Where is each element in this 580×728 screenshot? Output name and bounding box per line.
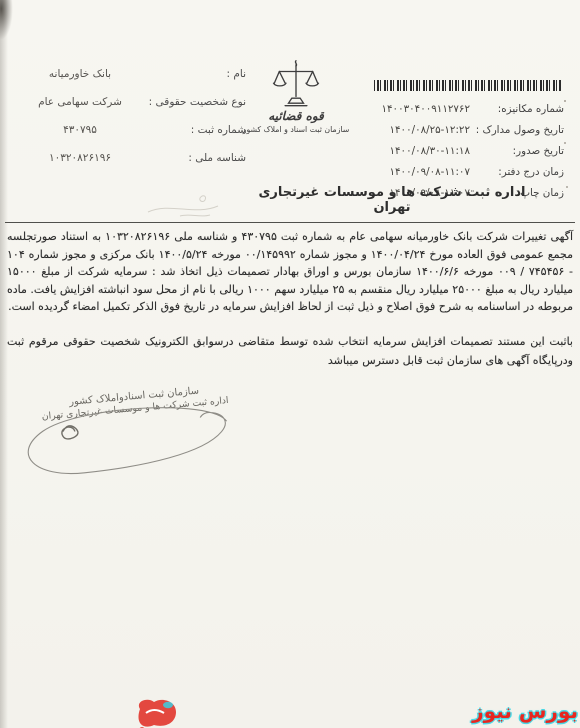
company-field-row: نام : بانک خاورمیانه xyxy=(20,60,246,88)
pencil-smudge xyxy=(140,192,250,220)
document-title: اداره ثبت شرکت ها و موسسات غیرتجاری تهرا… xyxy=(242,185,542,215)
field-label: تاریخ وصول مدارک : xyxy=(470,124,564,136)
title-divider xyxy=(5,222,575,223)
scan-corner-smudge xyxy=(0,0,13,40)
registrar-stamp: سازمان ثبت اسنادواملاک کشور اداره ثبت شر… xyxy=(8,380,268,502)
field-label: نوع شخصیت حقوقی : xyxy=(140,96,246,108)
field-value: ۴۳۰۷۹۵ xyxy=(20,124,140,136)
field-value: ۱۰۳۲۰۸۲۶۱۹۶ xyxy=(20,152,140,164)
emblem-subtitle: سازمان ثبت اسناد و املاک کشور xyxy=(238,125,354,134)
registry-field-row: زمان درج دفتر: ۱۴۰۰/۰۹/۰۸-۱۱:۰۷ xyxy=(350,161,564,182)
bourse-news-logo-icon xyxy=(132,697,180,728)
barcode xyxy=(374,80,562,91)
registry-field-row: تاریخ صدور: ۱۴۰۰/۰۸/۳۰-۱۱:۱۸ xyxy=(350,140,564,161)
justice-scales-icon xyxy=(271,56,321,112)
field-value: ۱۴۰۰۳۰۴۰۰۹۱۱۲۷۶۲ xyxy=(350,103,470,115)
field-label: شناسه ملی : xyxy=(140,152,246,164)
judiciary-emblem: قوه قضائیه سازمان ثبت اسناد و املاک کشور xyxy=(238,56,354,134)
scanned-document-page: نام : بانک خاورمیانه نوع شخصیت حقوقی : ش… xyxy=(0,0,580,728)
field-label: شماره مکانیزه: xyxy=(470,103,564,115)
field-label: شماره ثبت : xyxy=(140,124,246,136)
company-field-row: شناسه ملی : ۱۰۳۲۰۸۲۶۱۹۶ xyxy=(20,144,246,172)
company-field-row: نوع شخصیت حقوقی : شرکت سهامی عام xyxy=(20,88,246,116)
company-info-table: نام : بانک خاورمیانه نوع شخصیت حقوقی : ش… xyxy=(20,60,246,172)
registry-field-row: شماره مکانیزه: ۱۴۰۰۳۰۴۰۰۹۱۱۲۷۶۲ xyxy=(350,98,564,119)
bourse-news-watermark: بورس نیوز xyxy=(472,699,578,723)
announcement-paragraph: آگهی تغییرات شرکت بانک خاورمیانه سهامی ع… xyxy=(7,228,573,316)
company-field-row: شماره ثبت : ۴۳۰۷۹۵ xyxy=(20,116,246,144)
field-value: شرکت سهامی عام xyxy=(20,96,140,108)
field-value: بانک خاورمیانه xyxy=(20,68,140,80)
field-value: ۱۴۰۰/۰۸/۲۵-۱۲:۲۲ xyxy=(350,124,470,136)
field-value: ۱۴۰۰/۰۸/۳۰-۱۱:۱۸ xyxy=(350,145,470,157)
field-label: تاریخ صدور: xyxy=(470,145,564,157)
scan-specks xyxy=(564,100,566,102)
field-label: زمان درج دفتر: xyxy=(470,166,564,178)
emblem-title: قوه قضائیه xyxy=(238,109,354,123)
registry-field-row: تاریخ وصول مدارک : ۱۴۰۰/۰۸/۲۵-۱۲:۲۲ xyxy=(350,119,564,140)
field-label: نام : xyxy=(140,68,246,80)
registry-note-paragraph: باثبت این مستند تصمیمات افزایش سرمایه ان… xyxy=(7,332,573,370)
signature-scribble xyxy=(61,425,78,439)
field-value: ۱۴۰۰/۰۹/۰۸-۱۱:۰۷ xyxy=(350,166,470,178)
